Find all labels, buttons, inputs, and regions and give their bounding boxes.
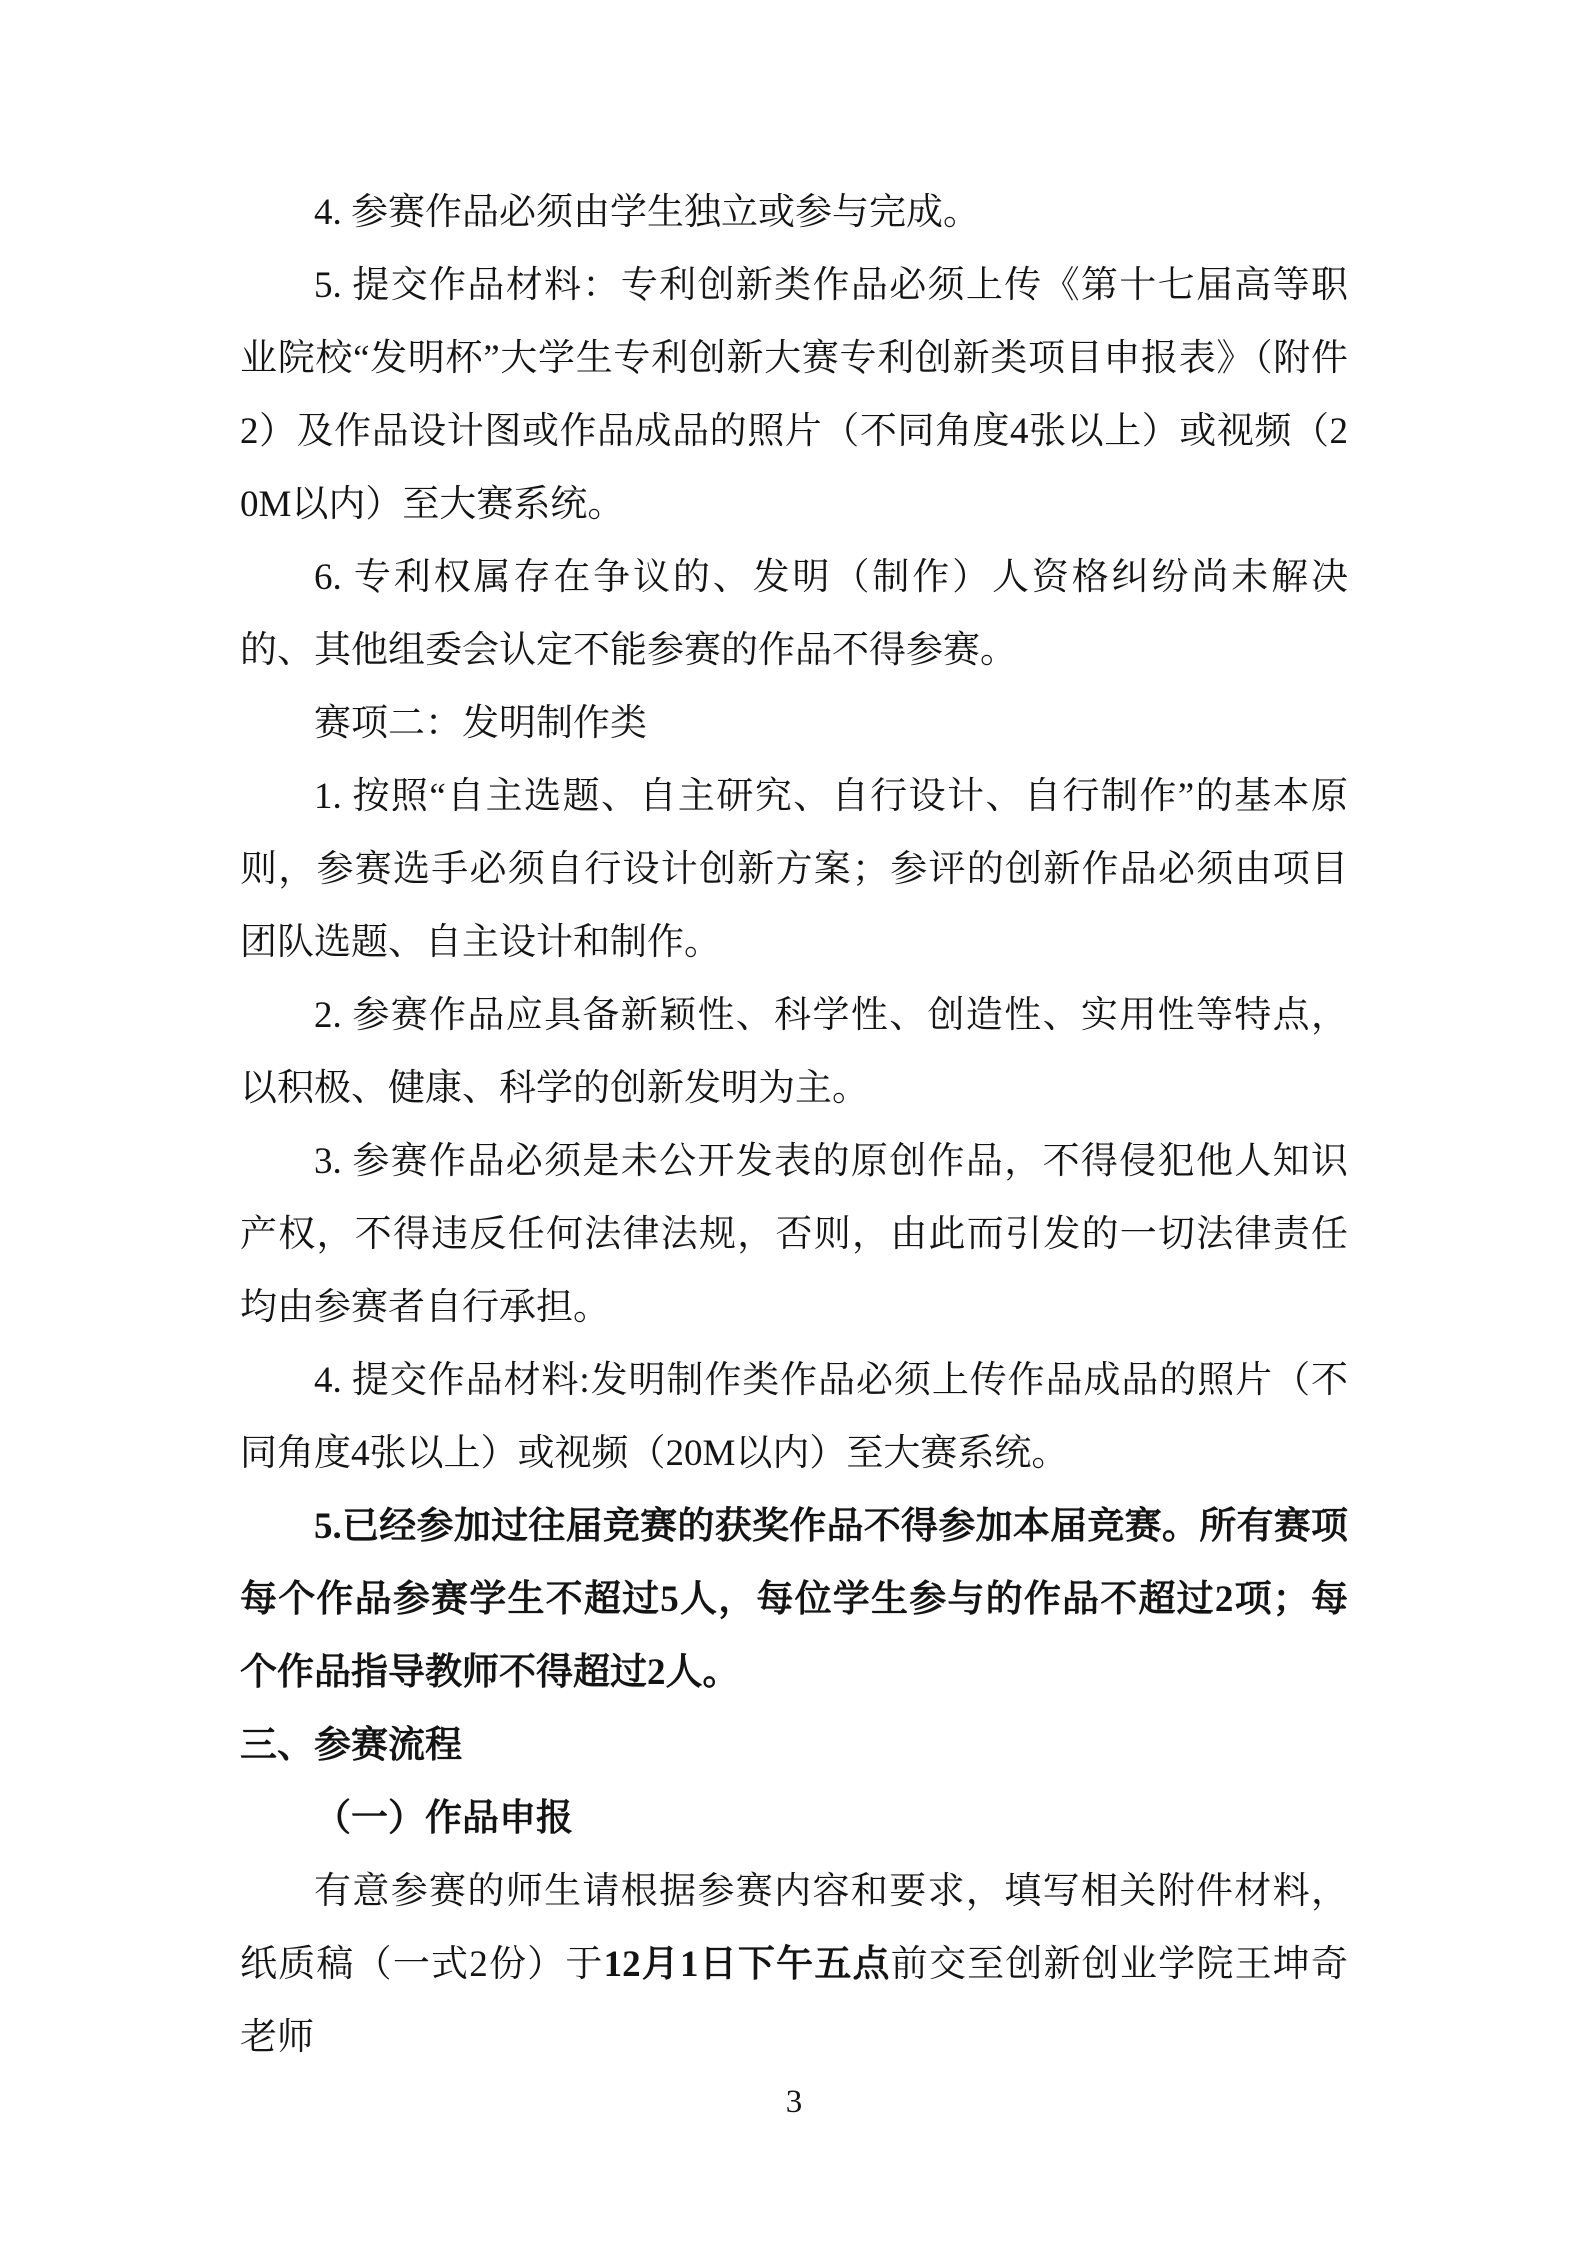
paragraph: （一）作品申报 — [240, 1782, 1348, 1855]
body-text: 4. 参赛作品必须由学生独立或参与完成。 — [314, 192, 980, 233]
body-text: 6. 专利权属存在争议的、发明（制作）人资格纠纷尚未解决的、其他组委会认定不能参… — [240, 557, 1348, 671]
paragraph: 5.已经参加过往届竞赛的获奖作品不得参加本届竞赛。所有赛项每个作品参赛学生不超过… — [240, 1490, 1348, 1709]
body-text: 3. 参赛作品必须是未公开发表的原创作品，不得侵犯他人知识产权，不得违反任何法律… — [240, 1141, 1348, 1328]
paragraph: 有意参赛的师生请根据参赛内容和要求，填写相关附件材料，纸质稿（一式2份）于12月… — [240, 1855, 1348, 2074]
body-text: 2. 参赛作品应具备新颖性、科学性、创造性、实用性等特点，以积极、健康、科学的创… — [240, 995, 1348, 1109]
paragraph: 2. 参赛作品应具备新颖性、科学性、创造性、实用性等特点，以积极、健康、科学的创… — [240, 979, 1348, 1125]
paragraph: 赛项二：发明制作类 — [240, 687, 1348, 760]
document-page: 4. 参赛作品必须由学生独立或参与完成。5. 提交作品材料：专利创新类作品必须上… — [0, 0, 1588, 2245]
paragraph: 3. 参赛作品必须是未公开发表的原创作品，不得侵犯他人知识产权，不得违反任何法律… — [240, 1125, 1348, 1344]
paragraph: 4. 提交作品材料:发明制作类作品必须上传作品成品的照片（不同角度4张以上）或视… — [240, 1344, 1348, 1490]
paragraph: 5. 提交作品材料：专利创新类作品必须上传《第十七届高等职业院校“发明杯”大学生… — [240, 249, 1348, 541]
emphasis-text: 12月1日下午五点 — [604, 1944, 891, 1985]
document-body: 4. 参赛作品必须由学生独立或参与完成。5. 提交作品材料：专利创新类作品必须上… — [240, 176, 1348, 2074]
paragraph: 6. 专利权属存在争议的、发明（制作）人资格纠纷尚未解决的、其他组委会认定不能参… — [240, 541, 1348, 687]
paragraph: 三、参赛流程 — [240, 1709, 1348, 1782]
page-number: 3 — [0, 2066, 1588, 2139]
body-text: 1. 按照“自主选题、自主研究、自行设计、自行制作”的基本原则，参赛选手必须自行… — [240, 776, 1348, 963]
emphasis-text: （一）作品申报 — [314, 1798, 573, 1839]
emphasis-text: 5.已经参加过往届竞赛的获奖作品不得参加本届竞赛。所有赛项每个作品参赛学生不超过… — [240, 1506, 1348, 1693]
emphasis-text: 三、参赛流程 — [240, 1725, 462, 1766]
body-text: 5. 提交作品材料：专利创新类作品必须上传《第十七届高等职业院校“发明杯”大学生… — [240, 265, 1348, 525]
paragraph: 1. 按照“自主选题、自主研究、自行设计、自行制作”的基本原则，参赛选手必须自行… — [240, 760, 1348, 979]
body-text: 赛项二：发明制作类 — [314, 703, 647, 744]
paragraph: 4. 参赛作品必须由学生独立或参与完成。 — [240, 176, 1348, 249]
body-text: 4. 提交作品材料:发明制作类作品必须上传作品成品的照片（不同角度4张以上）或视… — [240, 1360, 1348, 1474]
